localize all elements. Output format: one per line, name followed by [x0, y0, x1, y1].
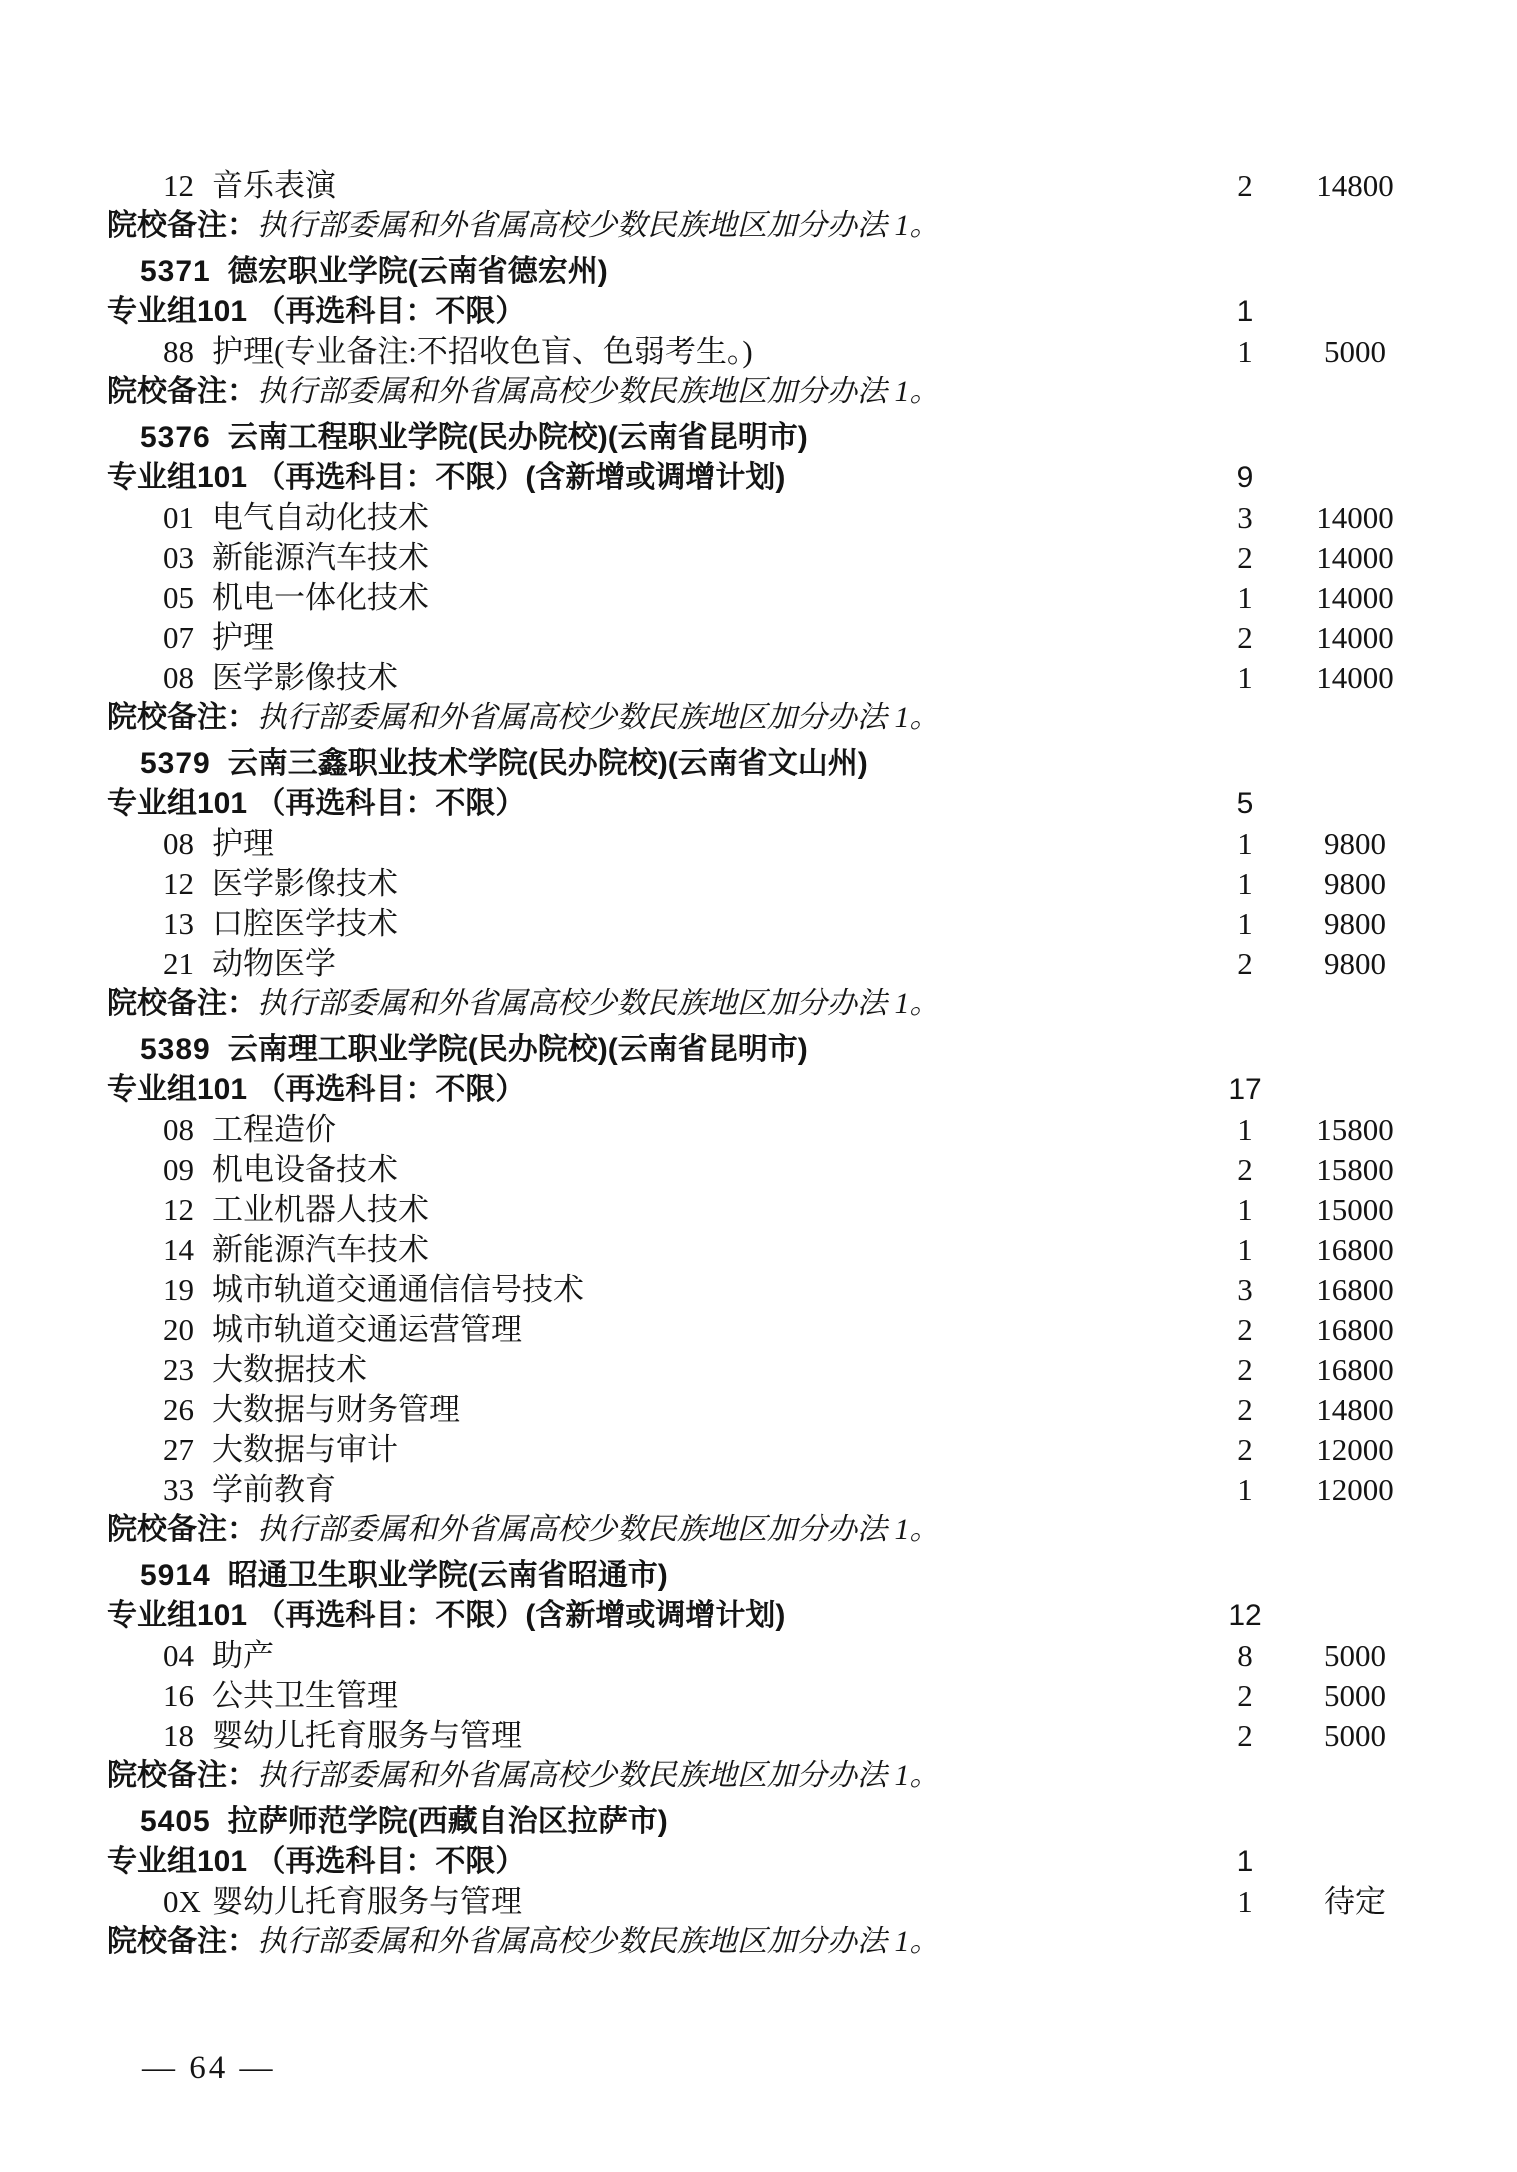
major-group-row: 专业组101 （再选科目：不限）5: [0, 784, 1517, 824]
major-row: 08医学影像技术114000: [0, 658, 1517, 698]
tuition-fee: 9800: [1290, 944, 1420, 984]
plan-count: 1: [1200, 578, 1290, 618]
school-section: 5405拉萨师范学院(西藏自治区拉萨市)专业组101 （再选科目：不限）10X婴…: [0, 1802, 1517, 1962]
major-name: 电气自动化技术: [212, 498, 1200, 538]
plan-count: 1: [1200, 1882, 1290, 1922]
school-header: 5405拉萨师范学院(西藏自治区拉萨市): [0, 1802, 1517, 1842]
major-name: 新能源汽车技术: [212, 1230, 1200, 1270]
plan-count: 2: [1200, 1676, 1290, 1716]
group-label: 专业组101 （再选科目：不限）: [107, 1842, 1200, 1882]
major-group-row: 专业组101 （再选科目：不限）1: [0, 1842, 1517, 1882]
major-row: 08工程造价115800: [0, 1110, 1517, 1150]
school-name: 云南理工职业学院(民办院校)(云南省昆明市): [228, 1030, 808, 1070]
document-page: 12音乐表演214800院校备注：执行部委属和外省属高校少数民族地区加分办法 1…: [0, 0, 1517, 1962]
school-remark: 院校备注：执行部委属和外省属高校少数民族地区加分办法 1。: [0, 1756, 1517, 1796]
tuition-fee: 14000: [1290, 538, 1420, 578]
remark-text: 执行部委属和外省属高校少数民族地区加分办法 1。: [257, 984, 940, 1024]
major-name: 护理(专业备注:不招收色盲、色弱考生。): [212, 332, 1200, 372]
plan-count: 2: [1200, 538, 1290, 578]
plan-count: 1: [1200, 1190, 1290, 1230]
page-footer: — 64 —: [142, 2048, 276, 2088]
group-plan-count: 1: [1200, 1842, 1290, 1882]
major-row: 14新能源汽车技术116800: [0, 1230, 1517, 1270]
major-code: 12: [163, 1190, 212, 1230]
school-remark: 院校备注：执行部委属和外省属高校少数民族地区加分办法 1。: [0, 372, 1517, 412]
major-code: 04: [163, 1636, 212, 1676]
major-code: 27: [163, 1430, 212, 1470]
tuition-fee: 14000: [1290, 498, 1420, 538]
plan-count: 2: [1200, 166, 1290, 206]
group-fee-spacer: [1290, 1070, 1420, 1110]
plan-count: 3: [1200, 1270, 1290, 1310]
group-fee-spacer: [1290, 1596, 1420, 1636]
group-plan-count: 1: [1200, 292, 1290, 332]
major-code: 0X: [163, 1882, 212, 1922]
school-code: 5379: [140, 744, 211, 784]
major-name: 机电设备技术: [212, 1150, 1200, 1190]
major-code: 03: [163, 538, 212, 578]
major-code: 26: [163, 1390, 212, 1430]
group-plan-count: 5: [1200, 784, 1290, 824]
major-code: 23: [163, 1350, 212, 1390]
remark-text: 执行部委属和外省属高校少数民族地区加分办法 1。: [257, 372, 940, 412]
school-remark: 院校备注：执行部委属和外省属高校少数民族地区加分办法 1。: [0, 1922, 1517, 1962]
plan-count: 3: [1200, 498, 1290, 538]
school-name: 昭通卫生职业学院(云南省昭通市): [228, 1556, 668, 1596]
major-row: 21动物医学29800: [0, 944, 1517, 984]
plan-count: 1: [1200, 1110, 1290, 1150]
major-name: 大数据技术: [212, 1350, 1200, 1390]
major-name: 护理: [212, 618, 1200, 658]
remark-text: 执行部委属和外省属高校少数民族地区加分办法 1。: [257, 698, 940, 738]
major-row: 12音乐表演214800: [0, 166, 1517, 206]
major-name: 机电一体化技术: [212, 578, 1200, 618]
remark-label: 院校备注：: [107, 1510, 257, 1550]
major-row: 09机电设备技术215800: [0, 1150, 1517, 1190]
school-header: 5914昭通卫生职业学院(云南省昭通市): [0, 1556, 1517, 1596]
major-group-row: 专业组101 （再选科目：不限）(含新增或调增计划)12: [0, 1596, 1517, 1636]
tuition-fee: 12000: [1290, 1470, 1420, 1510]
major-code: 20: [163, 1310, 212, 1350]
major-name: 学前教育: [212, 1470, 1200, 1510]
remark-text: 执行部委属和外省属高校少数民族地区加分办法 1。: [257, 206, 940, 246]
plan-count: 1: [1200, 824, 1290, 864]
group-label: 专业组101 （再选科目：不限）(含新增或调增计划): [107, 1596, 1200, 1636]
school-code: 5376: [140, 418, 211, 458]
major-row: 88护理(专业备注:不招收色盲、色弱考生。)15000: [0, 332, 1517, 372]
school-remark: 院校备注：执行部委属和外省属高校少数民族地区加分办法 1。: [0, 698, 1517, 738]
major-row: 26大数据与财务管理214800: [0, 1390, 1517, 1430]
remark-text: 执行部委属和外省属高校少数民族地区加分办法 1。: [257, 1922, 940, 1962]
major-code: 88: [163, 332, 212, 372]
tuition-fee: 15800: [1290, 1150, 1420, 1190]
tuition-fee: 14800: [1290, 1390, 1420, 1430]
school-code: 5371: [140, 252, 211, 292]
major-row: 01电气自动化技术314000: [0, 498, 1517, 538]
plan-count: 2: [1200, 1310, 1290, 1350]
tuition-fee: 15800: [1290, 1110, 1420, 1150]
tuition-fee: 14800: [1290, 166, 1420, 206]
plan-count: 2: [1200, 1390, 1290, 1430]
plan-count: 1: [1200, 864, 1290, 904]
major-name: 医学影像技术: [212, 658, 1200, 698]
remark-label: 院校备注：: [107, 984, 257, 1024]
school-name: 云南三鑫职业技术学院(民办院校)(云南省文山州): [228, 744, 868, 784]
remark-label: 院校备注：: [107, 698, 257, 738]
school-header: 5389云南理工职业学院(民办院校)(云南省昆明市): [0, 1030, 1517, 1070]
plan-count: 1: [1200, 658, 1290, 698]
tuition-fee: 12000: [1290, 1430, 1420, 1470]
plan-count: 8: [1200, 1636, 1290, 1676]
major-code: 18: [163, 1716, 212, 1756]
group-fee-spacer: [1290, 1842, 1420, 1882]
major-name: 城市轨道交通通信信号技术: [212, 1270, 1200, 1310]
plan-count: 1: [1200, 332, 1290, 372]
plan-count: 2: [1200, 1430, 1290, 1470]
major-row: 12工业机器人技术115000: [0, 1190, 1517, 1230]
school-section: 5379云南三鑫职业技术学院(民办院校)(云南省文山州)专业组101 （再选科目…: [0, 744, 1517, 1024]
major-row: 18婴幼儿托育服务与管理25000: [0, 1716, 1517, 1756]
tuition-fee: 14000: [1290, 618, 1420, 658]
major-code: 09: [163, 1150, 212, 1190]
remark-label: 院校备注：: [107, 372, 257, 412]
major-row: 03新能源汽车技术214000: [0, 538, 1517, 578]
major-code: 08: [163, 1110, 212, 1150]
school-section: 5914昭通卫生职业学院(云南省昭通市)专业组101 （再选科目：不限）(含新增…: [0, 1556, 1517, 1796]
major-row: 13口腔医学技术19800: [0, 904, 1517, 944]
plan-count: 2: [1200, 1350, 1290, 1390]
group-label: 专业组101 （再选科目：不限）: [107, 1070, 1200, 1110]
tuition-fee: 16800: [1290, 1350, 1420, 1390]
major-code: 14: [163, 1230, 212, 1270]
school-remark: 院校备注：执行部委属和外省属高校少数民族地区加分办法 1。: [0, 206, 1517, 246]
major-code: 16: [163, 1676, 212, 1716]
major-name: 大数据与财务管理: [212, 1390, 1200, 1430]
major-name: 助产: [212, 1636, 1200, 1676]
major-name: 动物医学: [212, 944, 1200, 984]
major-name: 城市轨道交通运营管理: [212, 1310, 1200, 1350]
tuition-fee: 9800: [1290, 864, 1420, 904]
group-plan-count: 12: [1200, 1596, 1290, 1636]
group-label: 专业组101 （再选科目：不限）: [107, 784, 1200, 824]
major-name: 工程造价: [212, 1110, 1200, 1150]
major-row: 04助产85000: [0, 1636, 1517, 1676]
major-name: 大数据与审计: [212, 1430, 1200, 1470]
admission-plan-list: 12音乐表演214800院校备注：执行部委属和外省属高校少数民族地区加分办法 1…: [0, 0, 1517, 1962]
major-row: 33学前教育112000: [0, 1470, 1517, 1510]
major-group-row: 专业组101 （再选科目：不限）(含新增或调增计划)9: [0, 458, 1517, 498]
remark-text: 执行部委属和外省属高校少数民族地区加分办法 1。: [257, 1756, 940, 1796]
major-row: 07护理214000: [0, 618, 1517, 658]
tuition-fee: 9800: [1290, 824, 1420, 864]
major-name: 医学影像技术: [212, 864, 1200, 904]
major-row: 19城市轨道交通通信信号技术316800: [0, 1270, 1517, 1310]
remark-label: 院校备注：: [107, 1922, 257, 1962]
plan-count: 2: [1200, 1716, 1290, 1756]
tuition-fee: 16800: [1290, 1270, 1420, 1310]
plan-count: 2: [1200, 944, 1290, 984]
major-name: 口腔医学技术: [212, 904, 1200, 944]
major-name: 新能源汽车技术: [212, 538, 1200, 578]
school-name: 德宏职业学院(云南省德宏州): [228, 252, 608, 292]
major-code: 21: [163, 944, 212, 984]
school-code: 5389: [140, 1030, 211, 1070]
plan-count: 1: [1200, 1230, 1290, 1270]
plan-count: 1: [1200, 904, 1290, 944]
major-row: 27大数据与审计212000: [0, 1430, 1517, 1470]
school-section: 5376云南工程职业学院(民办院校)(云南省昆明市)专业组101 （再选科目：不…: [0, 418, 1517, 738]
school-header: 5371德宏职业学院(云南省德宏州): [0, 252, 1517, 292]
major-code: 08: [163, 658, 212, 698]
group-plan-count: 9: [1200, 458, 1290, 498]
plan-count: 2: [1200, 1150, 1290, 1190]
school-section: 5371德宏职业学院(云南省德宏州)专业组101 （再选科目：不限）188护理(…: [0, 252, 1517, 412]
major-name: 婴幼儿托育服务与管理: [212, 1882, 1200, 1922]
group-fee-spacer: [1290, 292, 1420, 332]
tuition-fee: 9800: [1290, 904, 1420, 944]
major-row: 05机电一体化技术114000: [0, 578, 1517, 618]
tuition-fee: 14000: [1290, 578, 1420, 618]
group-label: 专业组101 （再选科目：不限）: [107, 292, 1200, 332]
major-group-row: 专业组101 （再选科目：不限）1: [0, 292, 1517, 332]
group-label: 专业组101 （再选科目：不限）(含新增或调增计划): [107, 458, 1200, 498]
school-header: 5379云南三鑫职业技术学院(民办院校)(云南省文山州): [0, 744, 1517, 784]
major-code: 01: [163, 498, 212, 538]
major-code: 33: [163, 1470, 212, 1510]
school-code: 5405: [140, 1802, 211, 1842]
tuition-fee: 16800: [1290, 1310, 1420, 1350]
group-fee-spacer: [1290, 458, 1420, 498]
major-code: 12: [163, 864, 212, 904]
tuition-fee: 5000: [1290, 1676, 1420, 1716]
major-name: 公共卫生管理: [212, 1676, 1200, 1716]
group-plan-count: 17: [1200, 1070, 1290, 1110]
plan-count: 2: [1200, 618, 1290, 658]
tuition-fee: 5000: [1290, 332, 1420, 372]
school-code: 5914: [140, 1556, 211, 1596]
school-section: 5389云南理工职业学院(民办院校)(云南省昆明市)专业组101 （再选科目：不…: [0, 1030, 1517, 1550]
major-name: 护理: [212, 824, 1200, 864]
school-name: 云南工程职业学院(民办院校)(云南省昆明市): [228, 418, 808, 458]
tuition-fee: 5000: [1290, 1636, 1420, 1676]
school-remark: 院校备注：执行部委属和外省属高校少数民族地区加分办法 1。: [0, 1510, 1517, 1550]
tuition-fee: 14000: [1290, 658, 1420, 698]
remark-text: 执行部委属和外省属高校少数民族地区加分办法 1。: [257, 1510, 940, 1550]
school-remark: 院校备注：执行部委属和外省属高校少数民族地区加分办法 1。: [0, 984, 1517, 1024]
tuition-fee: 5000: [1290, 1716, 1420, 1756]
major-code: 08: [163, 824, 212, 864]
major-row: 16公共卫生管理25000: [0, 1676, 1517, 1716]
footer-page-number: — 64 —: [142, 2050, 276, 2086]
major-row: 23大数据技术216800: [0, 1350, 1517, 1390]
tuition-fee: 15000: [1290, 1190, 1420, 1230]
major-row: 08护理19800: [0, 824, 1517, 864]
remark-label: 院校备注：: [107, 1756, 257, 1796]
major-code: 13: [163, 904, 212, 944]
tuition-fee: 待定: [1290, 1882, 1420, 1922]
major-name: 婴幼儿托育服务与管理: [212, 1716, 1200, 1756]
major-code: 05: [163, 578, 212, 618]
major-code: 12: [163, 166, 212, 206]
major-name: 工业机器人技术: [212, 1190, 1200, 1230]
school-name: 拉萨师范学院(西藏自治区拉萨市): [228, 1802, 668, 1842]
major-row: 12医学影像技术19800: [0, 864, 1517, 904]
major-code: 07: [163, 618, 212, 658]
plan-count: 1: [1200, 1470, 1290, 1510]
major-code: 19: [163, 1270, 212, 1310]
tuition-fee: 16800: [1290, 1230, 1420, 1270]
major-row: 0X婴幼儿托育服务与管理1待定: [0, 1882, 1517, 1922]
school-header: 5376云南工程职业学院(民办院校)(云南省昆明市): [0, 418, 1517, 458]
major-group-row: 专业组101 （再选科目：不限）17: [0, 1070, 1517, 1110]
remark-label: 院校备注：: [107, 206, 257, 246]
group-fee-spacer: [1290, 784, 1420, 824]
major-row: 20城市轨道交通运营管理216800: [0, 1310, 1517, 1350]
major-name: 音乐表演: [212, 166, 1200, 206]
